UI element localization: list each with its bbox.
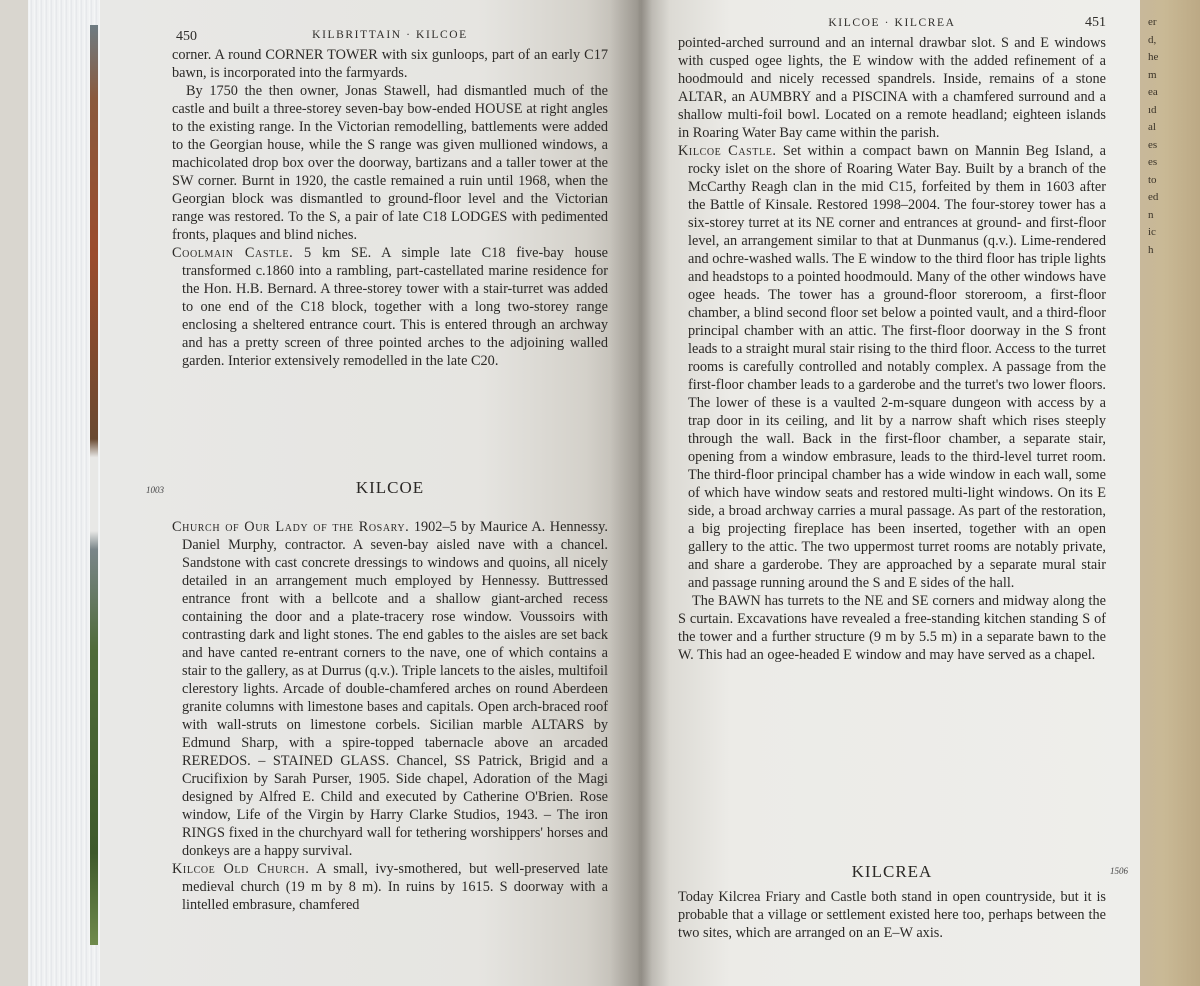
entry-title: Church of Our Lady of the Rosary. [172,519,409,535]
entry-coolmain-castle: Coolmain Castle. 5 km SE. A simple late … [172,244,608,370]
paragraph-kilcrea-intro: Today Kilcrea Friary and Castle both sta… [678,888,1106,942]
paragraph-bawn: The BAWN has turrets to the NE and SE co… [678,592,1106,664]
entry-church-our-lady-rosary: Church of Our Lady of the Rosary. 1902–5… [172,518,608,860]
left-page-text-lower: Church of Our Lady of the Rosary. 1902–5… [172,518,608,914]
page-number-450: 450 [176,26,197,48]
entry-kilcoe-old-church: Kilcoe Old Church. A small, ivy-smothere… [172,860,608,914]
entry-kilcoe-castle: Kilcoe Castle. Set within a compact bawn… [678,142,1106,592]
right-page-text-lower: Today Kilcrea Friary and Castle both sta… [678,888,1106,942]
entry-text: 5 km SE. A simple late C18 five-bay hous… [182,245,608,369]
entry-title: Kilcoe Old Church. [172,861,309,877]
margin-map-reference: 1003 [146,485,164,495]
section-heading-kilcrea: KILCREA [678,862,1106,882]
left-page-text: 450 KILBRITTAIN · KILCOE corner. A round… [172,24,608,370]
entry-text: 1902–5 by Maurice A. Hennessy. Daniel Mu… [182,519,608,859]
running-head-title: KILCOE · KILCREA [828,17,955,29]
paragraph-old-church-continued: pointed-arched surround and an internal … [678,34,1106,142]
page-number-451: 451 [1085,12,1106,34]
right-running-head: KILCOE · KILCREA 451 [678,12,1106,34]
section-heading-kilcoe: KILCOE [172,478,608,498]
photo-plate-edge [90,25,98,945]
entry-text: Set within a compact bawn on Mannin Beg … [688,143,1106,591]
left-running-head: 450 KILBRITTAIN · KILCOE [172,24,608,46]
paragraph-stawell-house: By 1750 the then owner, Jonas Stawell, h… [172,82,608,244]
entry-title: Coolmain Castle. [172,245,293,261]
margin-map-reference: 1506 [1110,866,1128,876]
next-page-edge-text: er d, he m ea ıd al es es to ed n ic h [1148,14,1198,259]
paragraph-corner-tower: corner. A round CORNER TOWER with six gu… [172,46,608,82]
running-head-title: KILBRITTAIN · KILCOE [312,29,468,41]
right-page-text: KILCOE · KILCREA 451 pointed-arched surr… [678,12,1106,664]
entry-title: Kilcoe Castle. [678,143,777,159]
